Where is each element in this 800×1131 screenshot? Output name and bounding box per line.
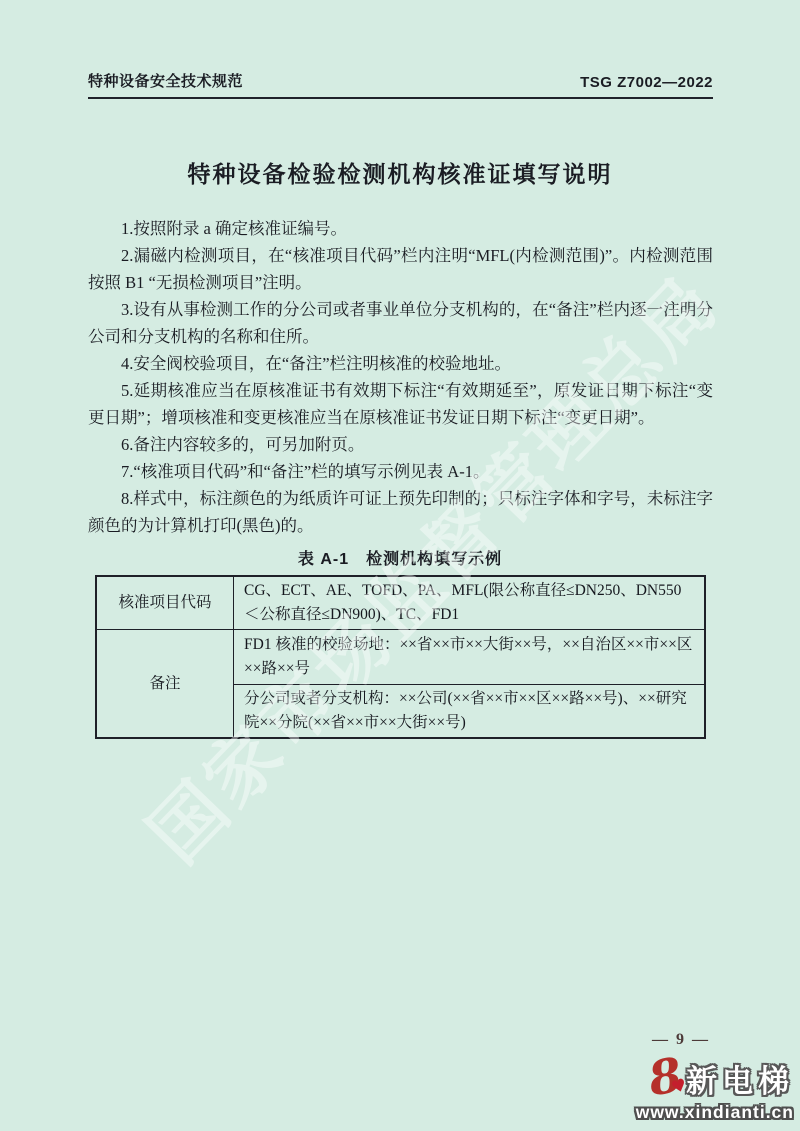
- paragraph-1: 1.按照附录 a 确定核准证编号。: [88, 215, 713, 242]
- body-text: 1.按照附录 a 确定核准证编号。 2.漏磁内检测项目，在“核准项目代码”栏内注…: [88, 215, 713, 539]
- paragraph-4: 4.安全阀校验项目，在“备注”栏注明核准的校验地址。: [88, 350, 713, 377]
- paragraph-3: 3.设有从事检测工作的分公司或者事业单位分支机构的，在“备注”栏内逐一注明分公司…: [88, 296, 713, 350]
- logo-8-icon: 8♥: [646, 1055, 686, 1102]
- paragraph-6: 6.备注内容较多的，可另加附页。: [88, 431, 713, 458]
- cell-remark-line1: FD1 核准的校验场地：××省××市××大街××号，××自治区××市××区××路…: [234, 630, 706, 685]
- table-caption: 表 A-1 检测机构填写示例: [0, 546, 800, 569]
- cell-remark-line2: 分公司或者分支机构：××公司(××省××市××区××路××号)、××研究院××分…: [234, 685, 706, 739]
- page-title: 特种设备检验检测机构核准证填写说明: [0, 156, 800, 189]
- table-row-code: 核准项目代码 CG、ECT、AE、TOFD、PA、MFL(限公称直径≤DN250…: [96, 576, 705, 630]
- paragraph-7: 7.“核准项目代码”和“备注”栏的填写示例见表 A-1。: [88, 458, 713, 485]
- row-header-code: 核准项目代码: [96, 576, 234, 630]
- header-right-doc-number: TSG Z7002—2022: [580, 74, 713, 91]
- running-header: 特种设备安全技术规范 TSG Z7002—2022: [88, 70, 713, 99]
- paragraph-5: 5.延期核准应当在原核准证书有效期下标注“有效期延至”，原发证日期下标注“变更日…: [88, 377, 713, 431]
- row-header-remark: 备注: [96, 630, 234, 739]
- document-page: 特种设备安全技术规范 TSG Z7002—2022 特种设备检验检测机构核准证填…: [0, 0, 800, 1131]
- site-logo: 8♥ 新电梯 www.xindianti.cn: [594, 1056, 794, 1123]
- paragraph-2: 2.漏磁内检测项目，在“核准项目代码”栏内注明“MFL(内检测范围)”。内检测范…: [88, 242, 713, 296]
- table-row-remark-1: 备注 FD1 核准的校验场地：××省××市××大街××号，××自治区××市××区…: [96, 630, 705, 685]
- paragraph-8: 8.样式中，标注颜色的为纸质许可证上预先印制的；只标注字体和字号，未标注字颜色的…: [88, 485, 713, 539]
- sample-table: 核准项目代码 CG、ECT、AE、TOFD、PA、MFL(限公称直径≤DN250…: [95, 575, 706, 739]
- cell-code-content: CG、ECT、AE、TOFD、PA、MFL(限公称直径≤DN250、DN550＜…: [234, 576, 706, 630]
- page-number: — 9 —: [652, 1031, 710, 1049]
- header-left-title: 特种设备安全技术规范: [88, 70, 243, 91]
- logo-name: 新电梯: [686, 1056, 794, 1101]
- logo-url: www.xindianti.cn: [594, 1102, 794, 1123]
